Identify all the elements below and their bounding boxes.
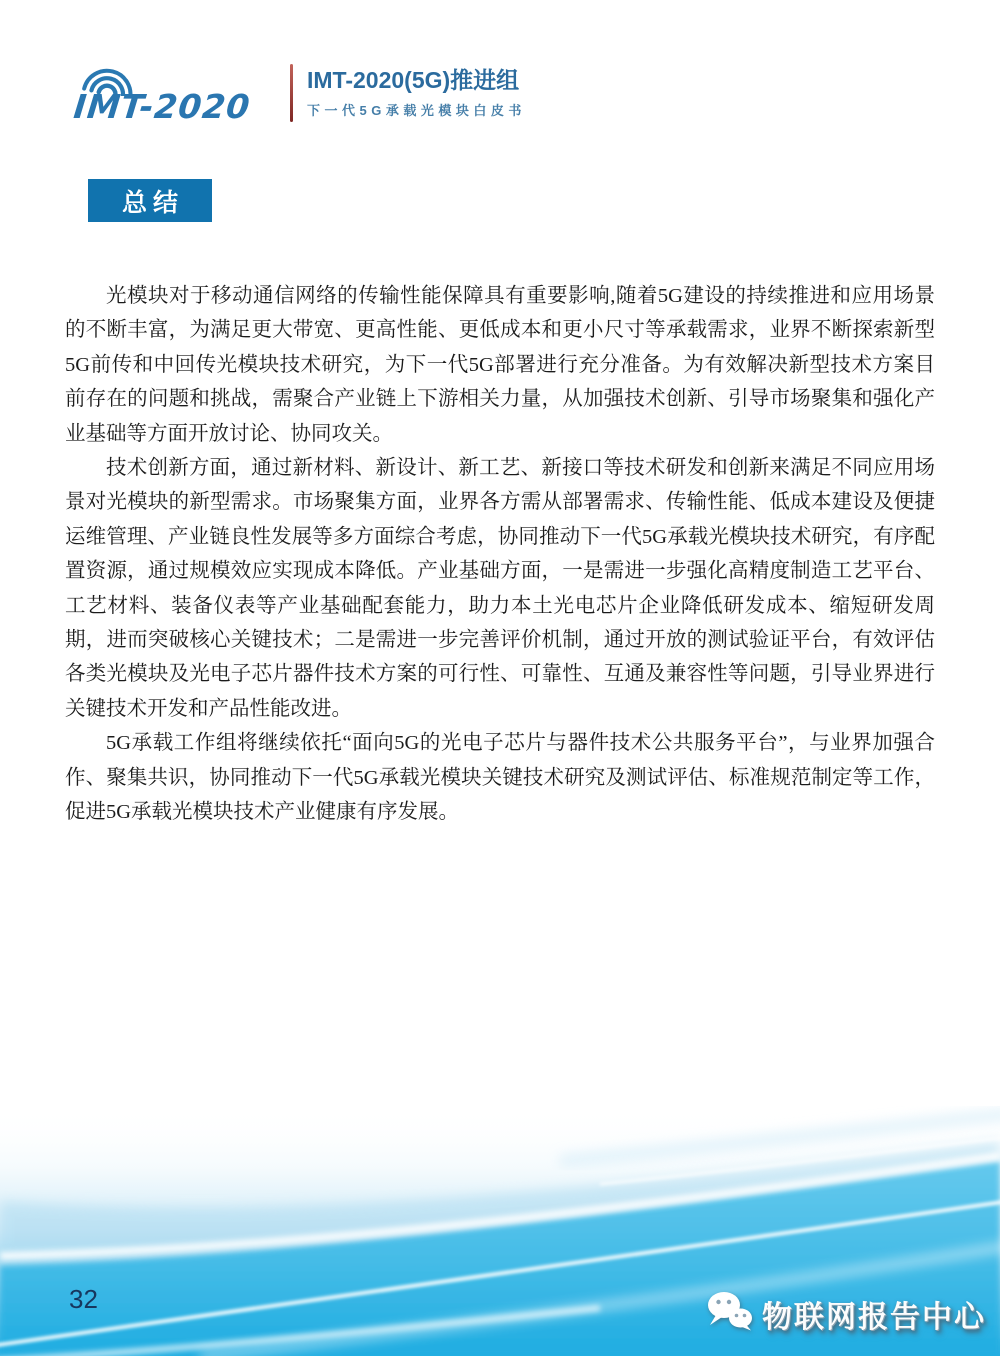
page-number: 32: [69, 1284, 98, 1315]
logo-wordmark: IMT-2020: [72, 87, 252, 126]
paragraph-3: 5G承载工作组将继续依托“面向5G的光电子芯片与器件技术公共服务平台”，与业界加…: [65, 726, 935, 829]
watermark-text: 物联网报告中心: [762, 1292, 986, 1336]
paragraph-2: 技术创新方面，通过新材料、新设计、新工艺、新接口等技术研发和创新来满足不同应用场…: [65, 451, 935, 726]
wechat-icon: [707, 1291, 753, 1336]
header-subtitle: 下一代5G承载光模块白皮书: [307, 100, 526, 119]
watermark: 物联网报告中心: [707, 1291, 986, 1336]
document-body: 光模块对于移动通信网络的传输性能保障具有重要影响,随着5G建设的持续推进和应用场…: [65, 279, 935, 830]
page-header: IMT-2020 IMT-2020(5G)推进组 下一代5G承载光模块白皮书: [74, 50, 526, 136]
header-divider: [290, 64, 293, 122]
section-heading: 总结: [88, 179, 212, 222]
header-titles: IMT-2020(5G)推进组 下一代5G承载光模块白皮书: [307, 67, 526, 119]
document-page: IMT-2020 IMT-2020(5G)推进组 下一代5G承载光模块白皮书 总…: [0, 0, 1000, 1356]
imt2020-logo: IMT-2020: [74, 50, 272, 136]
paragraph-1: 光模块对于移动通信网络的传输性能保障具有重要影响,随着5G建设的持续推进和应用场…: [65, 279, 935, 451]
header-title: IMT-2020(5G)推进组: [307, 67, 526, 93]
